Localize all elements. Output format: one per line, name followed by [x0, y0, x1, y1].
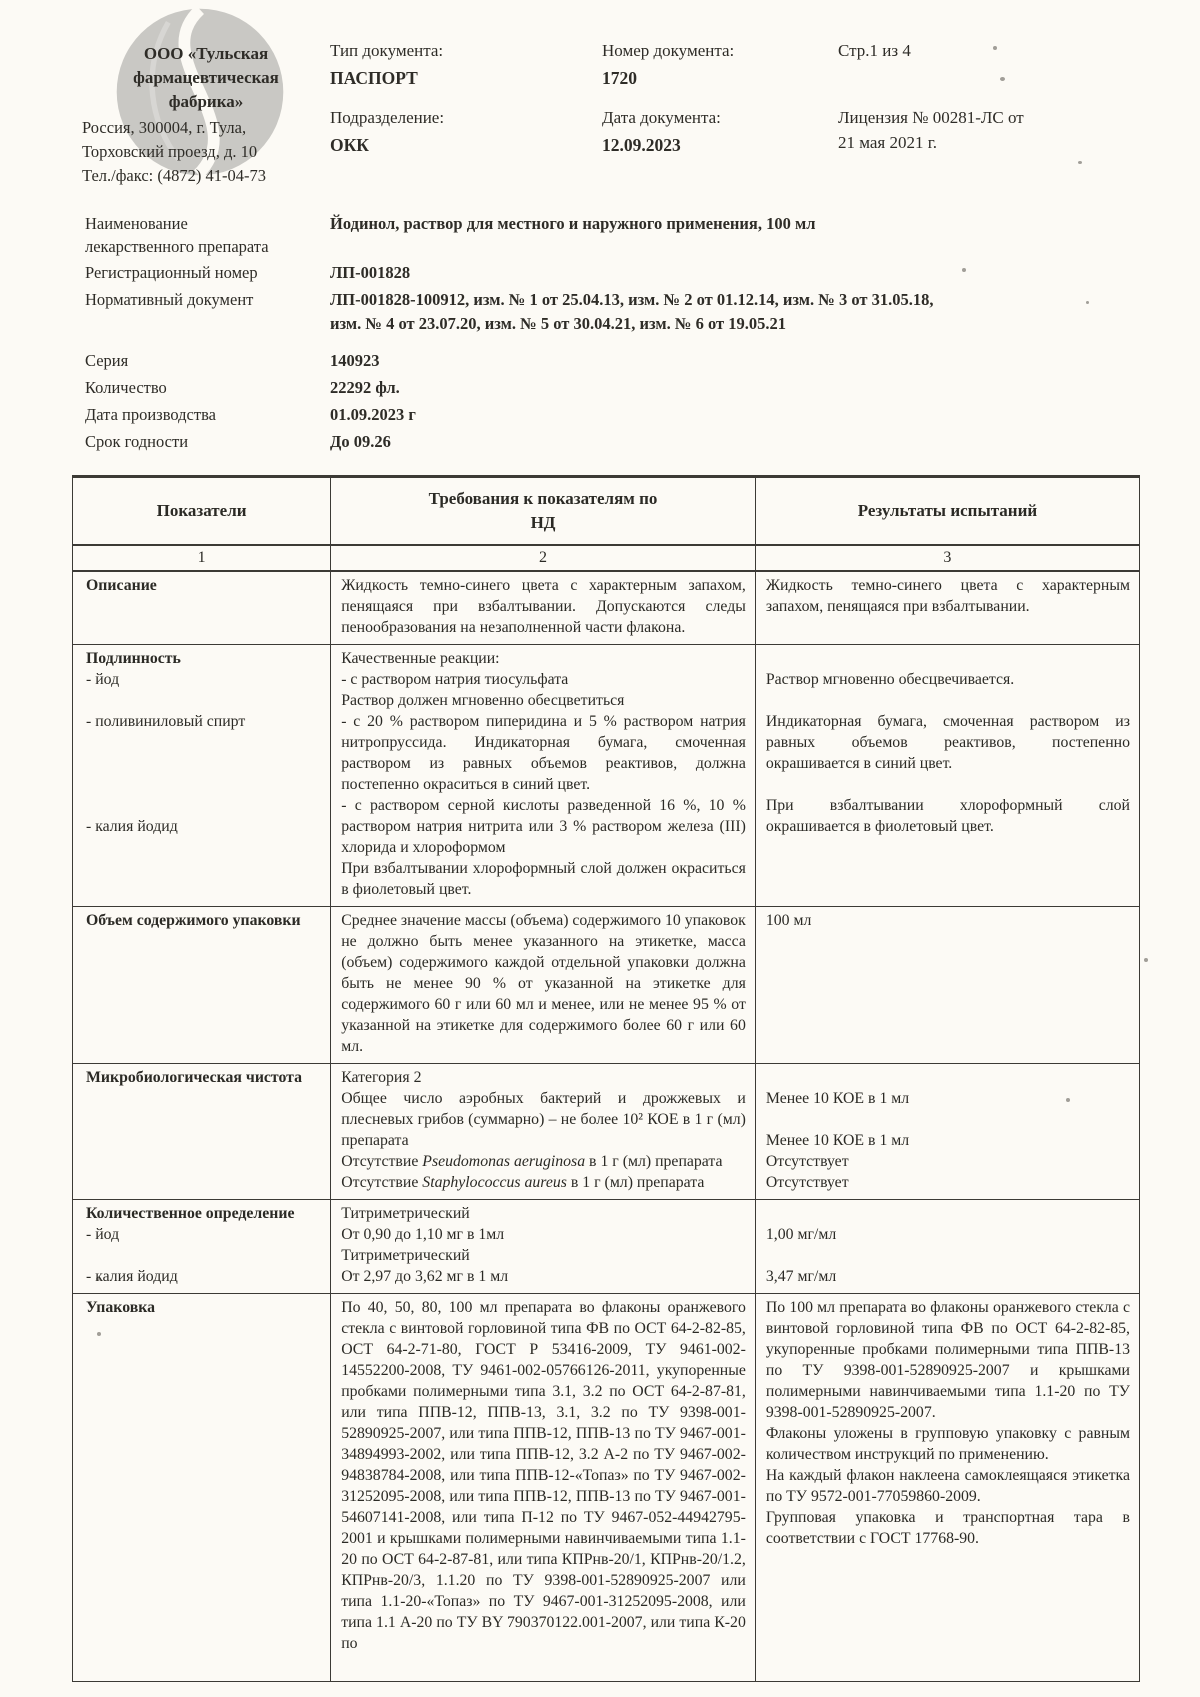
- reg-number-value: ЛП-001828: [330, 261, 1140, 285]
- license-info: Лицензия № 00281-ЛС от 21 мая 2021 г.: [838, 105, 1140, 155]
- drug-info-section: Наименование лекарственного препарата Йо…: [72, 212, 1140, 454]
- doc-number-label: Номер документа:: [602, 40, 838, 62]
- row-subitems: - йод - поливиниловый спирт - калия йоди…: [86, 669, 324, 837]
- cell-volume-name: Объем содержимого упаковки: [73, 907, 331, 1064]
- cell-description-name: Описание: [73, 571, 331, 645]
- doc-type-label: Тип документа:: [330, 40, 602, 62]
- col-number-3: 3: [755, 545, 1139, 571]
- row-title: Описание: [86, 577, 157, 594]
- table-row-authenticity: Подлинность - йод - поливиниловый спирт …: [73, 645, 1140, 907]
- cell-microbiology-result: Менее 10 КОЕ в 1 мл Менее 10 КОЕ в 1 мл …: [755, 1064, 1139, 1200]
- qc-table: Показатели Требования к показателям по Н…: [72, 475, 1140, 1682]
- normative-doc-value: ЛП-001828-100912, изм. № 1 от 25.04.13, …: [330, 288, 1140, 336]
- col-header-requirements: Требования к показателям по НД: [331, 477, 756, 546]
- row-title: Упаковка: [86, 1299, 155, 1316]
- series-value: 140923: [330, 349, 1140, 373]
- doc-type-field: Тип документа: ПАСПОРТ: [330, 40, 602, 89]
- table-row-packaging: Упаковка По 40, 50, 80, 100 мл препарата…: [73, 1294, 1140, 1682]
- info-row-reg-number: Регистрационный номер ЛП-001828: [72, 261, 1140, 285]
- row-title: Количественное определение: [86, 1203, 324, 1224]
- microbiology-general-requirement: Категория 2 Общее число аэробных бактери…: [341, 1067, 746, 1151]
- department-label: Подразделение:: [330, 107, 602, 129]
- cell-microbiology-requirement: Категория 2 Общее число аэробных бактери…: [331, 1064, 756, 1200]
- col-header-results: Результаты испытаний: [755, 477, 1139, 546]
- species-name: Staphylococcus aureus: [422, 1174, 567, 1191]
- cell-assay-requirement: Титриметрический От 0,90 до 1,10 мг в 1м…: [331, 1200, 756, 1294]
- page-number: Стр.1 из 4: [838, 40, 1140, 62]
- row-title: Микробиологическая чистота: [86, 1069, 302, 1086]
- header-col-doc-number: Номер документа: 1720 Дата документа: 12…: [602, 40, 838, 188]
- col-number-2: 2: [331, 545, 756, 571]
- scan-speck: [1144, 958, 1148, 962]
- cell-volume-requirement: Среднее значение массы (объема) содержим…: [331, 907, 756, 1064]
- info-row-name: Наименование лекарственного препарата Йо…: [72, 212, 1140, 258]
- cell-authenticity-requirement: Качественные реакции: - с раствором натр…: [331, 645, 756, 907]
- table-row-microbiology: Микробиологическая чистота Категория 2 О…: [73, 1064, 1140, 1200]
- department-field: Подразделение: ОКК: [330, 107, 602, 156]
- cell-description-result: Жидкость темно-синего цвета с характерны…: [755, 571, 1139, 645]
- doc-date-value: 12.09.2023: [602, 135, 838, 156]
- header-col-page-license: Стр.1 из 4 Лицензия № 00281-ЛС от 21 мая…: [838, 40, 1140, 188]
- species-suffix: в 1 г (мл) препарата: [567, 1174, 704, 1191]
- info-label: Срок годности: [72, 430, 330, 454]
- species-name: Pseudomonas aeruginosa: [422, 1153, 585, 1170]
- document-header: ООО «Тульская фармацевтическая фабрика» …: [72, 40, 1140, 188]
- doc-type-value: ПАСПОРТ: [330, 68, 602, 89]
- cell-assay-result: 1,00 мг/мл 3,47 мг/мл: [755, 1200, 1139, 1294]
- cell-assay-name: Количественное определение - йод - калия…: [73, 1200, 331, 1294]
- doc-date-label: Дата документа:: [602, 107, 838, 129]
- cell-volume-result: 100 мл: [755, 907, 1139, 1064]
- scanned-document-page: ООО «Тульская фармацевтическая фабрика» …: [0, 0, 1200, 1697]
- info-row-expiry: Срок годности До 09.26: [72, 430, 1140, 454]
- department-value: ОКК: [330, 135, 602, 156]
- info-label: Нормативный документ: [72, 288, 330, 336]
- table-row-assay: Количественное определение - йод - калия…: [73, 1200, 1140, 1294]
- row-title: Подлинность: [86, 648, 324, 669]
- info-label: Серия: [72, 349, 330, 373]
- row-title: Объем содержимого упаковки: [86, 912, 301, 929]
- species-prefix: Отсутствие: [341, 1174, 422, 1191]
- doc-date-field: Дата документа: 12.09.2023: [602, 107, 838, 156]
- info-label: Количество: [72, 376, 330, 400]
- info-row-production-date: Дата производства 01.09.2023 г: [72, 403, 1140, 427]
- quantity-value: 22292 фл.: [330, 376, 1140, 400]
- table-header-row: Показатели Требования к показателям по Н…: [73, 477, 1140, 546]
- company-address: Россия, 300004, г. Тула, Торховский прое…: [82, 116, 330, 188]
- doc-number-field: Номер документа: 1720: [602, 40, 838, 89]
- company-name: ООО «Тульская фармацевтическая фабрика»: [96, 42, 316, 114]
- cell-packaging-result: По 100 мл препарата во флаконы оранжевог…: [755, 1294, 1139, 1682]
- table-numbering-row: 1 2 3: [73, 545, 1140, 571]
- info-row-series: Серия 140923: [72, 349, 1140, 373]
- col-header-indicators: Показатели: [73, 477, 331, 546]
- info-row-quantity: Количество 22292 фл.: [72, 376, 1140, 400]
- expiry-value: До 09.26: [330, 430, 1140, 454]
- table-row-description: Описание Жидкость темно-синего цвета с х…: [73, 571, 1140, 645]
- cell-authenticity-name: Подлинность - йод - поливиниловый спирт …: [73, 645, 331, 907]
- cell-packaging-requirement: По 40, 50, 80, 100 мл препарата во флако…: [331, 1294, 756, 1682]
- header-col-doc-type: Тип документа: ПАСПОРТ Подразделение: ОК…: [330, 40, 602, 188]
- info-label: Наименование лекарственного препарата: [72, 212, 330, 258]
- col-number-1: 1: [73, 545, 331, 571]
- row-subitems: - йод - калия йодид: [86, 1224, 324, 1287]
- cell-packaging-name: Упаковка: [73, 1294, 331, 1682]
- cell-authenticity-result: Раствор мгновенно обесцвечивается. Индик…: [755, 645, 1139, 907]
- microbiology-staphylococcus-line: Отсутствие Staphylococcus aureus в 1 г (…: [341, 1172, 746, 1193]
- drug-name-value: Йодинол, раствор для местного и наружног…: [330, 212, 1140, 258]
- info-label: Регистрационный номер: [72, 261, 330, 285]
- info-row-normative-doc: Нормативный документ ЛП-001828-100912, и…: [72, 288, 1140, 336]
- microbiology-pseudomonas-line: Отсутствие Pseudomonas aeruginosa в 1 г …: [341, 1151, 746, 1172]
- doc-number-value: 1720: [602, 68, 838, 89]
- production-date-value: 01.09.2023 г: [330, 403, 1140, 427]
- species-suffix: в 1 г (мл) препарата: [585, 1153, 722, 1170]
- company-block: ООО «Тульская фармацевтическая фабрика» …: [72, 40, 330, 188]
- info-label: Дата производства: [72, 403, 330, 427]
- cell-description-requirement: Жидкость темно-синего цвета с характерны…: [331, 571, 756, 645]
- cell-microbiology-name: Микробиологическая чистота: [73, 1064, 331, 1200]
- species-prefix: Отсутствие: [341, 1153, 422, 1170]
- table-row-volume: Объем содержимого упаковки Среднее значе…: [73, 907, 1140, 1064]
